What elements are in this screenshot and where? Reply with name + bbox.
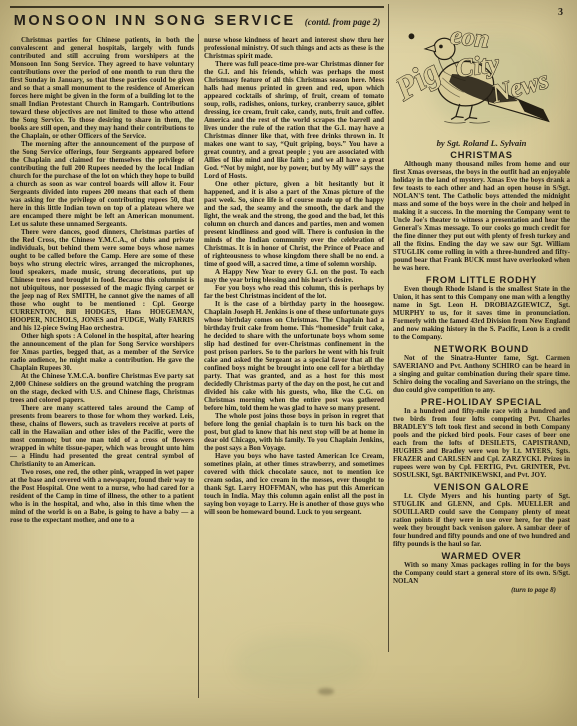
paragraph: nurse whose kindness of heart and intere… [204,36,384,60]
right-column-sections: CHRISTMASAlthough many thousand miles fr… [393,151,570,594]
paragraph: A Happy New Year to every G.I. on the po… [204,268,384,284]
paragraph: The morning after the announcement of th… [10,140,194,228]
section-heading: PRE-HOLIDAY SPECIAL [393,398,570,406]
masthead-word-pig: Pig [396,53,447,108]
paragraph: With so many Xmas packages rolling in fo… [393,561,570,585]
article-continued-note: (contd. from page 2) [305,17,381,27]
pigeon-city-news-masthead: Pig eon City News [396,10,568,138]
left-column-text: Christmas parties for Chinese patients, … [10,36,194,524]
section-heading: NETWORK BOUND [393,345,570,353]
article-title: MONSOON INN SONG SERVICE [14,13,296,29]
section-heading: CHRISTMAS [393,151,570,159]
section-heading: VENISON GALORE [393,483,570,491]
paragraph: At the Chinese Y.M.C.A. bonfire Christma… [10,372,194,404]
middle-column-text: nurse whose kindness of heart and intere… [204,36,384,516]
pigeon-city-news-column: Pig eon City News by Sgt. Roland L. Sylv… [393,4,570,594]
masthead-word-eon: eon [448,21,490,54]
paragraph: Lt. Clyde Myers and his hunting party of… [393,492,570,548]
column-rule [198,34,199,698]
ink-smudge [318,688,334,695]
paragraph: Christmas parties for Chinese patients, … [10,36,194,140]
paragraph: Even though Rhode Island is the smallest… [393,285,570,341]
paragraph: There are many scattered tales around th… [10,404,194,468]
paragraph: Other high spots : A Colonel in the hosp… [10,332,194,372]
column-rule [388,4,389,652]
paragraph: Have you boys who have tasted American I… [204,452,384,516]
section-heading: FROM LITTLE RODHY [393,276,570,284]
continuation-note: (turn to page 8) [393,586,556,594]
paragraph: There were dances, good dinners, Christm… [10,228,194,332]
paragraph: Although many thousand miles from home a… [393,160,570,272]
paragraph: Not of the Sinatra-Hunter fame, Sgt. Car… [393,354,570,394]
article-header: MONSOON INN SONG SERVICE (contd. from pa… [10,6,384,29]
byline: by Sgt. Roland L. Sylvain [393,139,570,147]
paragraph: The whole post joins those boys in priso… [204,412,384,452]
section-heading: WARMED OVER [393,552,570,560]
paragraph: There was full peace-time pre-war Christ… [204,60,384,180]
paragraph: Two roses, one red, the other pink, wrap… [10,468,194,524]
newspaper-page: 3 MONSOON INN SONG SERVICE (contd. from … [0,0,577,726]
paragraph: In a hundred and fifty-mile race with a … [393,407,570,479]
paragraph: It is the case of a birthday party in th… [204,300,384,412]
paragraph: For you boys who read this column, this … [204,284,384,300]
show-through-stain [235,635,365,690]
paragraph: One other picture, given a bit hesitantl… [204,180,384,268]
ink-spot-icon [408,33,414,39]
